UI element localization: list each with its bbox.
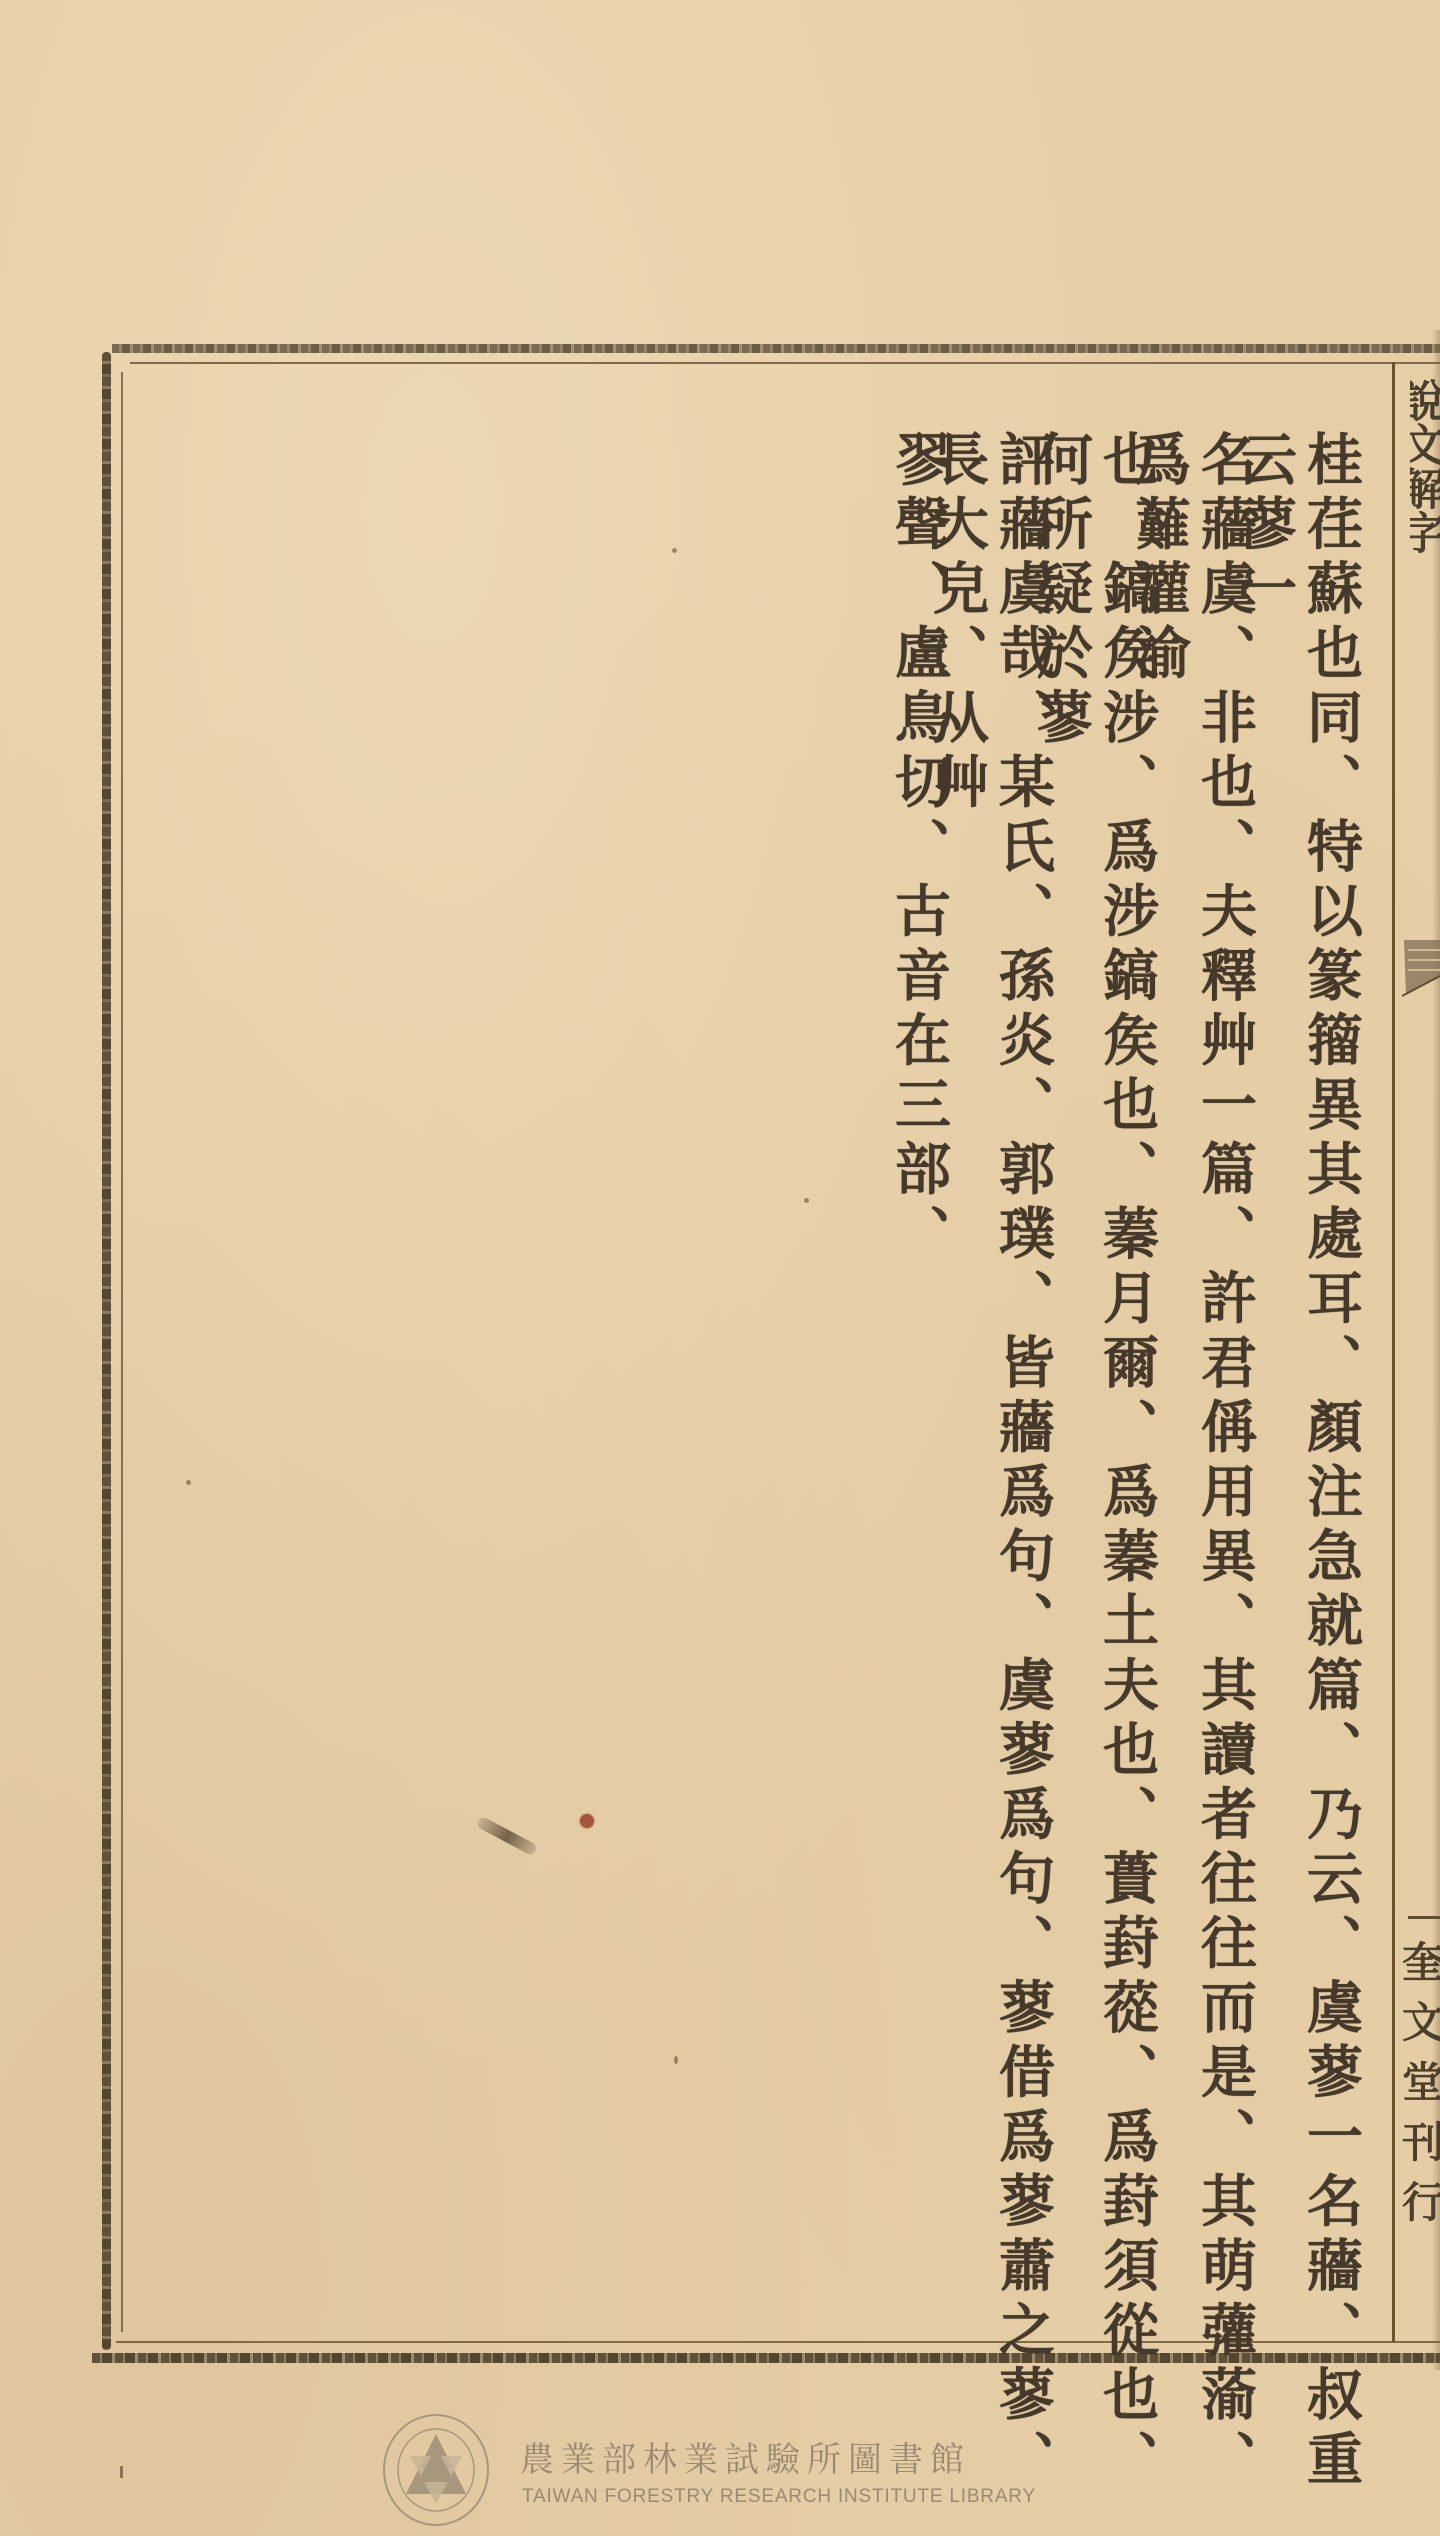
publisher-imprint: 奎文堂刊行: [1400, 1940, 1440, 2280]
paper-stain-dot: [580, 1814, 594, 1828]
paper-speck: [186, 1480, 191, 1485]
text-column-5: 翏聲、盧鳥切、古音在三部、: [886, 430, 952, 1269]
page-number-mark: [1408, 1916, 1440, 1919]
fishtail-mark-icon: [1402, 936, 1440, 998]
text-column-3: 也、鎬矦涉、爲涉鎬矦也、蓁月爾、爲蓁土夫也、蕢葑蓯、爲葑須從也、何所疑於蓼: [1094, 430, 1160, 2536]
frame-inner-line-top: [130, 362, 1440, 364]
library-watermark: 1896 農業部林業試驗所圖書館 TAIWAN FORESTRY RESEARC…: [380, 2410, 1080, 2530]
frame-border-left: [102, 352, 111, 2350]
paper-speck: [120, 2466, 123, 2478]
margin-divider-line: [1392, 362, 1395, 2342]
library-name-english: TAIWAN FORESTRY RESEARCH INSTITUTE LIBRA…: [522, 2486, 1036, 2508]
margin-title-fragment: 說文解字: [1410, 378, 1440, 898]
text-column-2: 名蘠虞、非也、夫釋艸一篇、許君偁用異、其讀者往往而是、其萌虇蕍、爲䕼灌渝: [1192, 430, 1258, 2536]
paper-fiber-stain: [476, 1816, 538, 1857]
svg-text:1896: 1896: [425, 2501, 448, 2511]
paper-speck: [804, 1198, 809, 1203]
frame-border-top: [112, 344, 1440, 353]
library-name-chinese: 農業部林業試驗所圖書館: [520, 2432, 971, 2481]
library-logo-icon: 1896: [380, 2412, 492, 2528]
paper-speck: [672, 548, 677, 553]
paper-speck: [674, 2056, 678, 2064]
text-column-4: 評蘠虞哉、某氏、孫炎、郭璞、皆蘠爲句、虞蓼爲句、蓼借爲蓼蕭之蓼、長大皃、从艸: [990, 430, 1056, 2536]
frame-inner-line-left: [121, 372, 123, 2332]
paper-speck: [1122, 2412, 1127, 2417]
text-column-1: 桂荏蘇也同、特以篆籀異其處耳、顏注急就篇、乃云、虞蓼一名蘠、叔重云蓼一: [1298, 430, 1364, 2536]
